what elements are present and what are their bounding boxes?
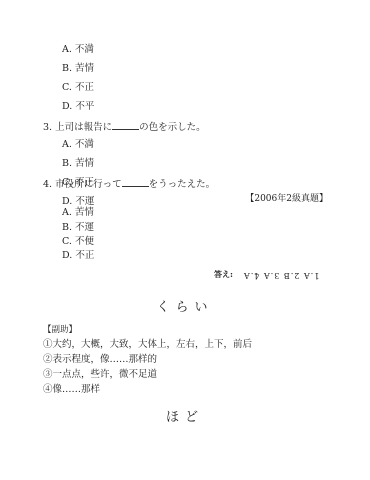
meaning-1: ①大约，大概，大致，大体上，左右，上下，前后 — [43, 339, 252, 351]
answer-key-label: 答え: — [214, 269, 233, 279]
answer-key: 答え:1.A 2.B 3.A 4.A — [214, 268, 319, 281]
q2-option-c: C. 不正 — [62, 82, 94, 94]
question-4: 4. 市役所に行ってをうったえた。 — [43, 177, 215, 191]
answer-key-values: 1.A 2.B 3.A 4.A — [243, 269, 319, 281]
q2-option-d: D. 不平 — [62, 101, 94, 113]
q4-option-d: D. 不正 — [62, 250, 94, 262]
q4-option-a: A. 苦情 — [62, 207, 94, 219]
section-title-hodo: ほど — [0, 406, 370, 425]
q4-option-b: B. 不運 — [62, 222, 94, 234]
section-title-kurai: くらい — [0, 296, 370, 315]
meaning-3: ③一点点，些许，微不足道 — [43, 369, 157, 381]
part-of-speech-label: 【副助】 — [43, 324, 77, 336]
meaning-4: ④像……那样 — [43, 384, 100, 396]
exam-source: 【2006年2級真題】 — [245, 193, 328, 205]
q2-option-b: B. 苦情 — [62, 63, 94, 75]
question-3: 3. 上司は報告にの色を示した。 — [43, 120, 206, 134]
answer-blank — [122, 177, 149, 187]
answer-blank — [112, 120, 139, 130]
meaning-2: ②表示程度，像……那样的 — [43, 354, 157, 366]
q3-option-b: B. 苦情 — [62, 158, 94, 170]
q3-option-a: A. 不満 — [62, 139, 94, 151]
q2-option-a: A. 不満 — [62, 44, 94, 56]
q4-option-c: C. 不便 — [62, 236, 94, 248]
